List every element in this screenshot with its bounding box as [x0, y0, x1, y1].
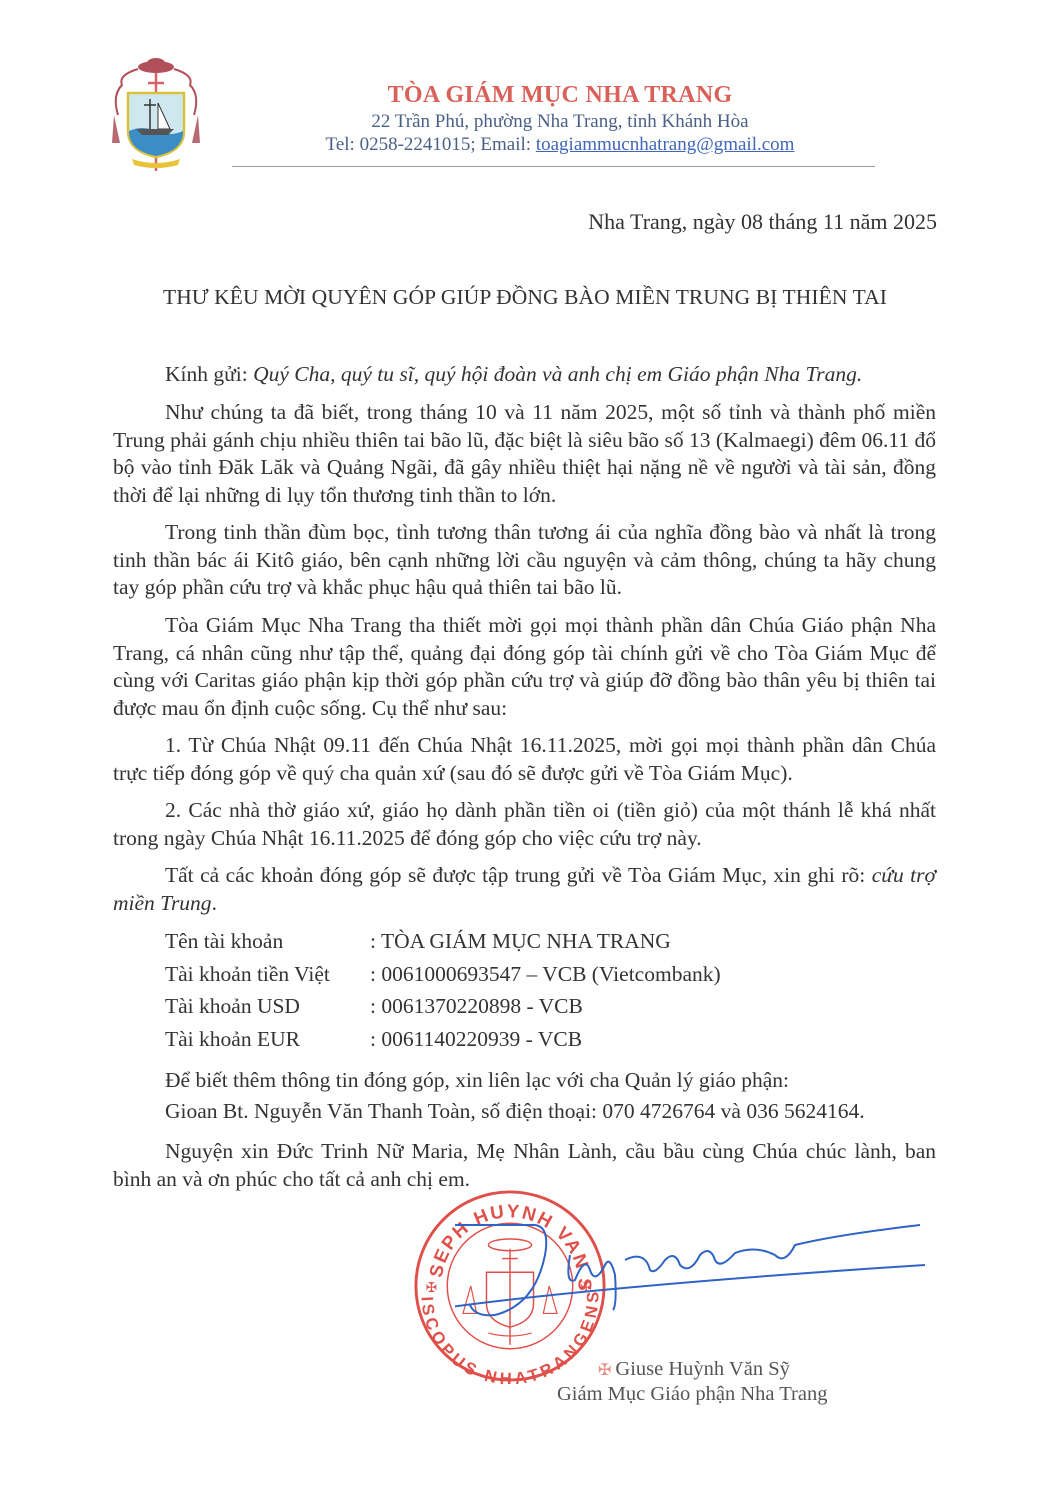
diocese-crest-logo	[108, 55, 204, 173]
account-row: Tài khoản USD : 0061370220898 - VCB	[165, 990, 721, 1023]
organization-name: TÒA GIÁM MỤC NHA TRANG	[230, 82, 890, 109]
list-item-1: 1. Từ Chúa Nhật 09.11 đến Chúa Nhật 16.1…	[113, 732, 936, 787]
account-row: Tên tài khoản : TÒA GIÁM MỤC NHA TRANG	[165, 925, 721, 958]
date-line: Nha Trang, ngày 08 tháng 11 năm 2025	[588, 209, 937, 235]
account-label: Tài khoản tiền Việt	[165, 958, 370, 991]
account-label: Tài khoản USD	[165, 990, 370, 1023]
collection-note: Tất cả các khoản đóng góp sẽ được tập tr…	[113, 862, 936, 917]
account-label: Tài khoản EUR	[165, 1023, 370, 1056]
account-row: Tài khoản EUR : 0061140220939 - VCB	[165, 1023, 721, 1056]
cross-icon: ✠	[598, 1362, 611, 1379]
account-label: Tên tài khoản	[165, 925, 370, 958]
closing-blessing: Nguyện xin Đức Trinh Nữ Maria, Mẹ Nhân L…	[113, 1138, 936, 1193]
paragraph-1: Như chúng ta đã biết, trong tháng 10 và …	[113, 399, 936, 509]
collection-note-end: .	[212, 891, 217, 915]
salutation-recipients: Quý Cha, quý tu sĩ, quý hội đoàn và anh …	[253, 362, 862, 386]
signer-name-text: Giuse Huỳnh Văn Sỹ	[615, 1358, 789, 1380]
email-link[interactable]: toagiammucnhatrang@gmail.com	[536, 134, 795, 155]
contact-intro: Để biết thêm thông tin đóng góp, xin liê…	[165, 1068, 789, 1093]
phone-label: Tel: 0258-2241015; Email:	[326, 134, 536, 155]
salutation-prefix: Kính gửi:	[165, 362, 253, 386]
account-row: Tài khoản tiền Việt : 0061000693547 – VC…	[165, 958, 721, 991]
signer-name: ✠Giuse Huỳnh Văn Sỹ	[598, 1358, 790, 1381]
account-value: : 0061370220898 - VCB	[370, 990, 583, 1023]
account-value: : 0061140220939 - VCB	[370, 1023, 582, 1056]
header-divider	[232, 166, 875, 167]
account-value: : 0061000693547 – VCB (Vietcombank)	[370, 958, 721, 991]
handwritten-signature	[455, 1215, 925, 1345]
account-value: : TÒA GIÁM MỤC NHA TRANG	[370, 925, 671, 958]
paragraph-3: Tòa Giám Mục Nha Trang tha thiết mời gọi…	[113, 612, 936, 722]
contact-person: Gioan Bt. Nguyễn Văn Thanh Toàn, số điện…	[165, 1099, 865, 1124]
letter-title: THƯ KÊU MỜI QUYÊN GÓP GIÚP ĐỒNG BÀO MIỀN…	[100, 285, 950, 310]
signer-title: Giám Mục Giáo phận Nha Trang	[557, 1383, 827, 1406]
svg-text:✠: ✠	[426, 1280, 438, 1295]
salutation: Kính gửi: Quý Cha, quý tu sĩ, quý hội đo…	[113, 361, 936, 389]
organization-contact: Tel: 0258-2241015; Email: toagiammucnhat…	[230, 134, 890, 156]
list-item-2: 2. Các nhà thờ giáo xứ, giáo họ dành phầ…	[113, 797, 936, 852]
paragraph-2: Trong tinh thần đùm bọc, tình tương thân…	[113, 519, 936, 602]
bank-accounts-table: Tên tài khoản : TÒA GIÁM MỤC NHA TRANG T…	[165, 925, 721, 1055]
collection-note-text: Tất cả các khoản đóng góp sẽ được tập tr…	[165, 863, 872, 887]
organization-address: 22 Trần Phú, phường Nha Trang, tỉnh Khán…	[230, 111, 890, 133]
